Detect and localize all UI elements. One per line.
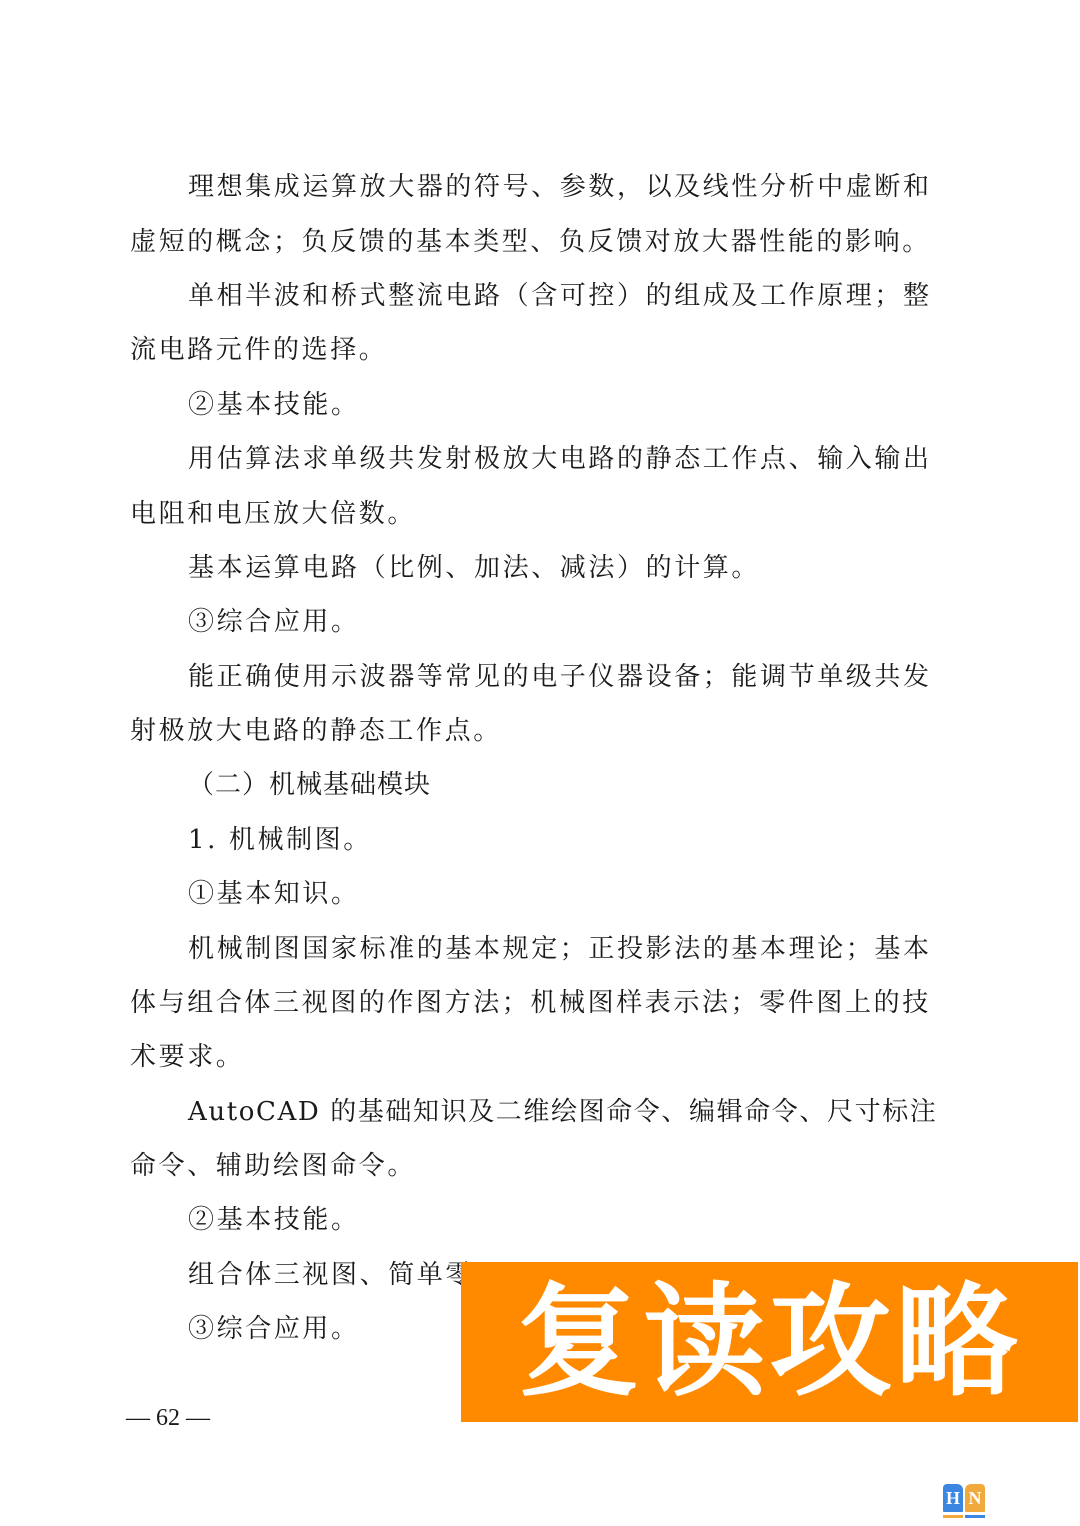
text-line: 术要求。 bbox=[130, 1040, 950, 1074]
subheading: ③综合应用。 bbox=[188, 605, 1008, 639]
logo-bar bbox=[943, 1515, 963, 1518]
watermark-banner: 复读攻略 bbox=[461, 1262, 1078, 1422]
document-page: 理想集成运算放大器的符号、参数，以及线性分析中虚断和 虚短的概念；负反馈的基本类… bbox=[0, 0, 1080, 1526]
logo-letter-n: N bbox=[965, 1484, 985, 1512]
text-line: 单相半波和桥式整流电路（含可控）的组成及工作原理；整 bbox=[188, 279, 1008, 313]
logo-bar bbox=[965, 1515, 985, 1518]
text-line: 体与组合体三视图的作图方法；机械图样表示法；零件图上的技 bbox=[130, 986, 950, 1020]
text-line: 用估算法求单级共发射极放大电路的静态工作点、输入输出 bbox=[188, 442, 1008, 476]
text-line: 命令、辅助绘图命令。 bbox=[130, 1149, 950, 1183]
text-line: 射极放大电路的静态工作点。 bbox=[130, 714, 950, 748]
text-line: 能正确使用示波器等常见的电子仪器设备；能调节单级共发 bbox=[188, 660, 1008, 694]
text-line: 电阻和电压放大倍数。 bbox=[130, 497, 950, 531]
text-line: 流电路元件的选择。 bbox=[130, 333, 950, 367]
text-line: 理想集成运算放大器的符号、参数，以及线性分析中虚断和 bbox=[188, 170, 1008, 204]
subheading: ②基本技能。 bbox=[188, 1203, 1008, 1237]
page-number: — 62 — bbox=[126, 1405, 210, 1432]
subheading: ①基本知识。 bbox=[188, 877, 1008, 911]
subheading: 1. 机械制图。 bbox=[188, 823, 1008, 857]
logo-letter-h: H bbox=[943, 1484, 963, 1512]
text-line: 机械制图国家标准的基本规定；正投影法的基本理论；基本 bbox=[188, 932, 1008, 966]
text-line: 基本运算电路（比例、加法、减法）的计算。 bbox=[188, 551, 1008, 585]
section-heading: （二）机械基础模块 bbox=[188, 768, 1008, 802]
text-line: 虚短的概念；负反馈的基本类型、负反馈对放大器性能的影响。 bbox=[130, 225, 950, 259]
text-line: AutoCAD 的基础知识及二维绘图命令、编辑命令、尺寸标注 bbox=[188, 1095, 1008, 1129]
banner-text: 复读攻略 bbox=[518, 1281, 1022, 1403]
subheading: ②基本技能。 bbox=[188, 388, 1008, 422]
hn-logo-icon: H N bbox=[943, 1484, 987, 1520]
